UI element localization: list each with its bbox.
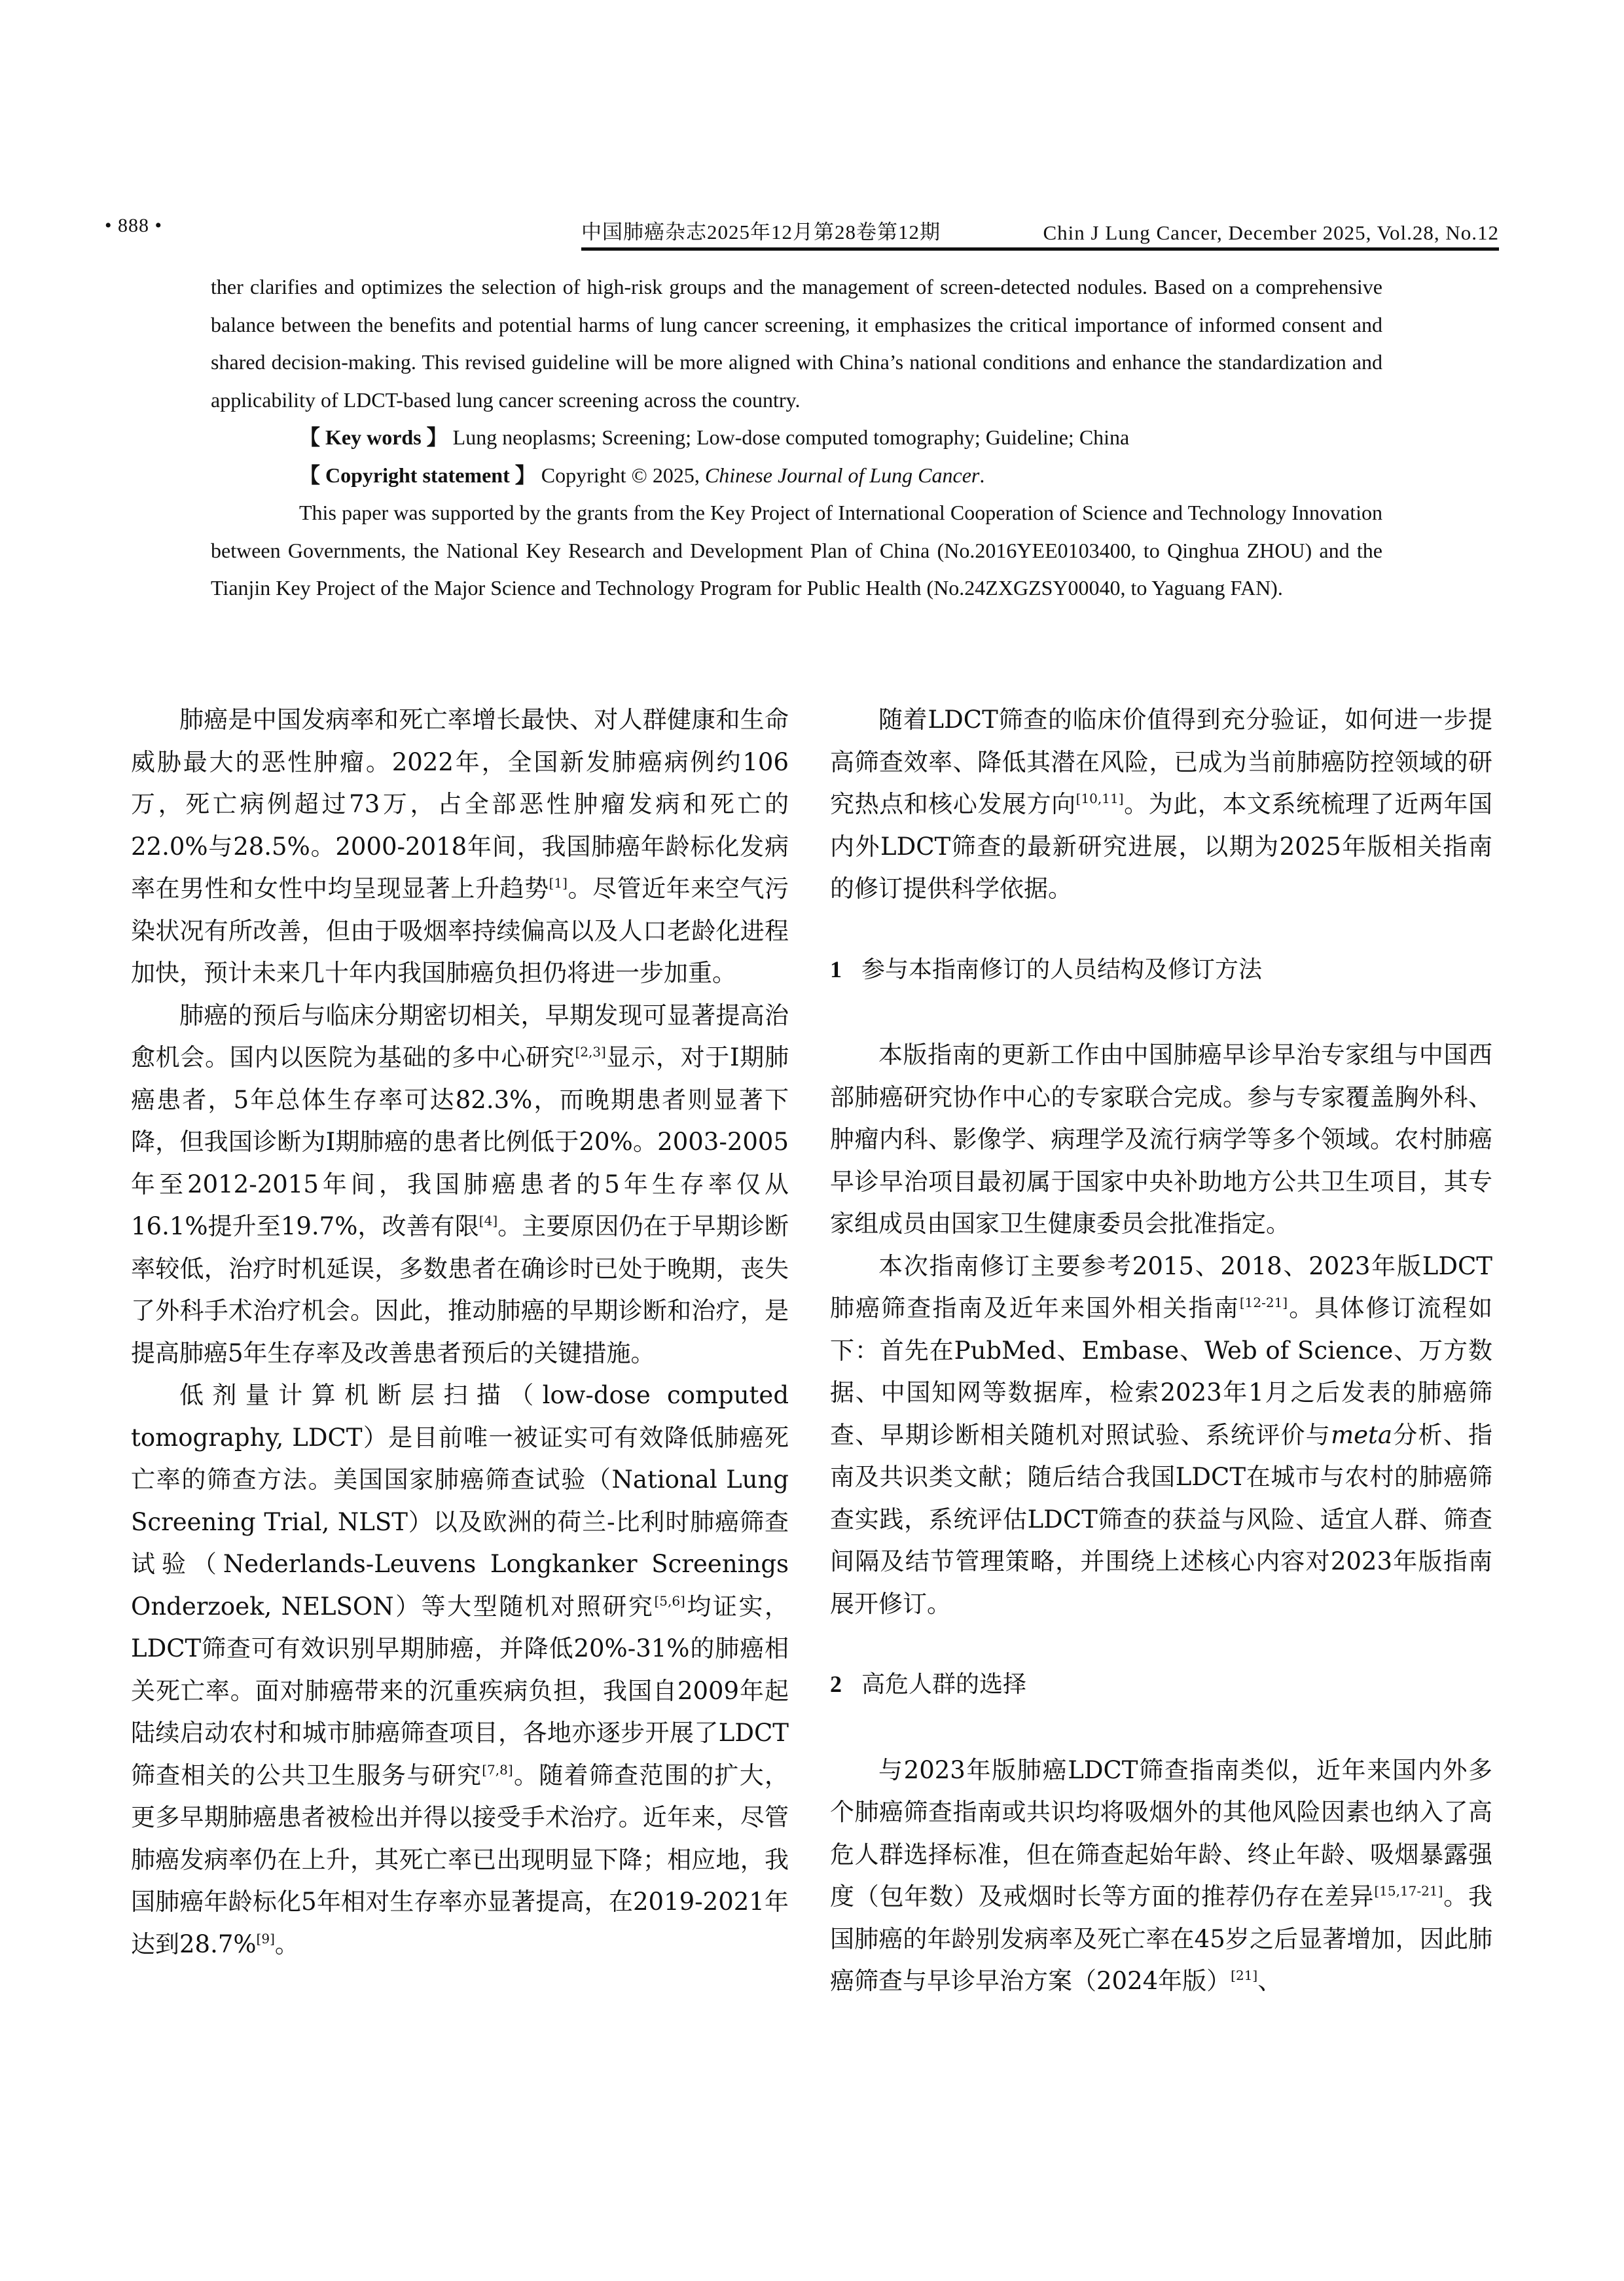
copyright-text: Copyright © 2025, — [541, 463, 705, 487]
text: 。随着筛查范围的扩大，更多早期肺癌患者被检出并得以接受手术治疗。近年来，尽管肺癌… — [131, 1761, 789, 1958]
section-title: 参与本指南修订的人员结构及修订方法 — [861, 956, 1262, 983]
meta-term: meta — [1331, 1421, 1392, 1449]
page-number: • 888 • — [105, 215, 162, 237]
citation-link[interactable]: [2,3] — [575, 1044, 605, 1060]
section-number: 1 — [830, 956, 842, 982]
keywords: 【 Key words 】 Lung neoplasms; Screening;… — [211, 419, 1382, 457]
section-title: 高危人群的选择 — [861, 1671, 1026, 1698]
citation-link[interactable]: [9] — [257, 1931, 275, 1947]
body-column-right: 随着LDCT筛查的临床价值得到充分验证，如何进一步提高筛查效率、降低其潜在风险，… — [830, 699, 1492, 2003]
text: 分析、指南及共识类文献；随后结合我国LDCT在城市与农村的肺癌筛查实践，系统评估… — [830, 1421, 1492, 1618]
text: 均证实，LDCT筛查可有效识别早期肺癌，并降低20%-31%的肺癌相关死亡率。面… — [131, 1592, 789, 1789]
citation-link[interactable]: [10,11] — [1076, 791, 1124, 806]
paragraph: 本次指南修订主要参考2015、2018、2023年版LDCT肺癌筛查指南及近年来… — [830, 1246, 1492, 1626]
keywords-text: Lung neoplasms; Screening; Low-dose comp… — [453, 425, 1130, 449]
text: 低剂量计算机断层扫描（low-dose computed tomography,… — [131, 1381, 789, 1621]
text: 、 — [1257, 1967, 1282, 1995]
section-heading-1: 1参与本指南修订的人员结构及修订方法 — [830, 948, 1492, 992]
copyright-journal: Chinese Journal of Lung Cancer — [705, 463, 980, 487]
paragraph: 与2023年版肺癌LDCT筛查指南类似，近年来国内外多个肺癌筛查指南或共识均将吸… — [830, 1750, 1492, 2003]
running-header: • 888 • 中国肺癌杂志2025年12月第28卷第12期 Chin J Lu… — [105, 208, 1499, 247]
text: 。 — [275, 1930, 299, 1958]
citation-link[interactable]: [15,17-21] — [1374, 1883, 1443, 1899]
paragraph: 肺癌是中国发病率和死亡率增长最快、对人群健康和生命威胁最大的恶性肿瘤。2022年… — [131, 699, 789, 995]
text: 本版指南的更新工作由中国肺癌早诊早治专家组与中国西部肺癌研究协作中心的专家联合完… — [830, 1041, 1492, 1238]
abstract-continuation: ther clarifies and optimizes the selecti… — [211, 268, 1382, 419]
journal-citation-bar: 中国肺癌杂志2025年12月第28卷第12期 Chin J Lung Cance… — [581, 208, 1499, 251]
paragraph: 肺癌的预后与临床分期密切相关，早期发现可显著提高治愈机会。国内以医院为基础的多中… — [131, 995, 789, 1375]
journal-title-cn: 中国肺癌杂志2025年12月第28卷第12期 — [581, 215, 941, 245]
journal-title-en: Chin J Lung Cancer, December 2025, Vol.2… — [1043, 221, 1499, 245]
citation-link[interactable]: [4] — [479, 1213, 497, 1229]
english-abstract: ther clarifies and optimizes the selecti… — [211, 268, 1382, 607]
citation-link[interactable]: [5,6] — [654, 1593, 685, 1609]
citation-link[interactable]: [7,8] — [482, 1762, 513, 1778]
body-column-left: 肺癌是中国发病率和死亡率增长最快、对人群健康和生命威胁最大的恶性肿瘤。2022年… — [131, 699, 789, 1966]
keywords-label: 【 Key words 】 — [299, 425, 448, 449]
copyright-statement: 【 Copyright statement 】 Copyright © 2025… — [211, 457, 1382, 495]
section-number: 2 — [830, 1671, 842, 1697]
copyright-end: . — [979, 463, 984, 487]
paragraph: 本版指南的更新工作由中国肺癌早诊早治专家组与中国西部肺癌研究协作中心的专家联合完… — [830, 1034, 1492, 1246]
paragraph: 低剂量计算机断层扫描（low-dose computed tomography,… — [131, 1374, 789, 1966]
paragraph: 随着LDCT筛查的临床价值得到充分验证，如何进一步提高筛查效率、降低其潜在风险，… — [830, 699, 1492, 910]
section-heading-2: 2高危人群的选择 — [830, 1663, 1492, 1706]
text: 显示，对于I期肺癌患者，5年总体生存率可达82.3%，而晚期患者则显著下降，但我… — [131, 1043, 789, 1240]
citation-link[interactable]: [12-21] — [1240, 1295, 1288, 1310]
text: 肺癌是中国发病率和死亡率增长最快、对人群健康和生命威胁最大的恶性肿瘤。2022年… — [131, 706, 789, 903]
citation-link[interactable]: [1] — [549, 875, 568, 891]
funding-statement: This paper was supported by the grants f… — [211, 494, 1382, 607]
citation-link[interactable]: [21] — [1231, 1967, 1257, 1983]
copyright-label: 【 Copyright statement 】 — [299, 463, 536, 487]
